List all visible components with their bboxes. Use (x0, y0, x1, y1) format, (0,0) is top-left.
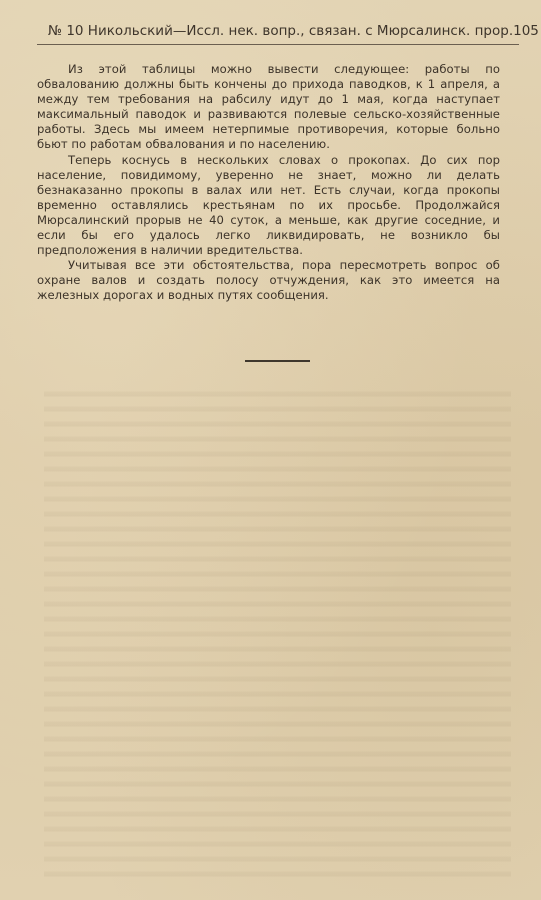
section-separator (245, 360, 310, 362)
document-page: № 10 Никольский—Иссл. нек. вопр., связан… (0, 0, 541, 900)
reverse-side-bleed-through (44, 385, 511, 880)
running-title: № 10 Никольский—Иссл. нек. вопр., связан… (48, 23, 513, 39)
paragraph: Теперь коснусь в нескольких словах о про… (37, 153, 500, 259)
paragraph: Из этой таблицы можно вывести следующее:… (37, 62, 500, 153)
article-body: Из этой таблицы можно вывести следующее:… (37, 62, 500, 304)
paragraph: Учитывая все эти обстоятельства, пора пе… (37, 258, 500, 303)
running-header: № 10 Никольский—Иссл. нек. вопр., связан… (48, 23, 509, 43)
page-number: 105 (513, 23, 539, 39)
header-rule (37, 44, 519, 45)
